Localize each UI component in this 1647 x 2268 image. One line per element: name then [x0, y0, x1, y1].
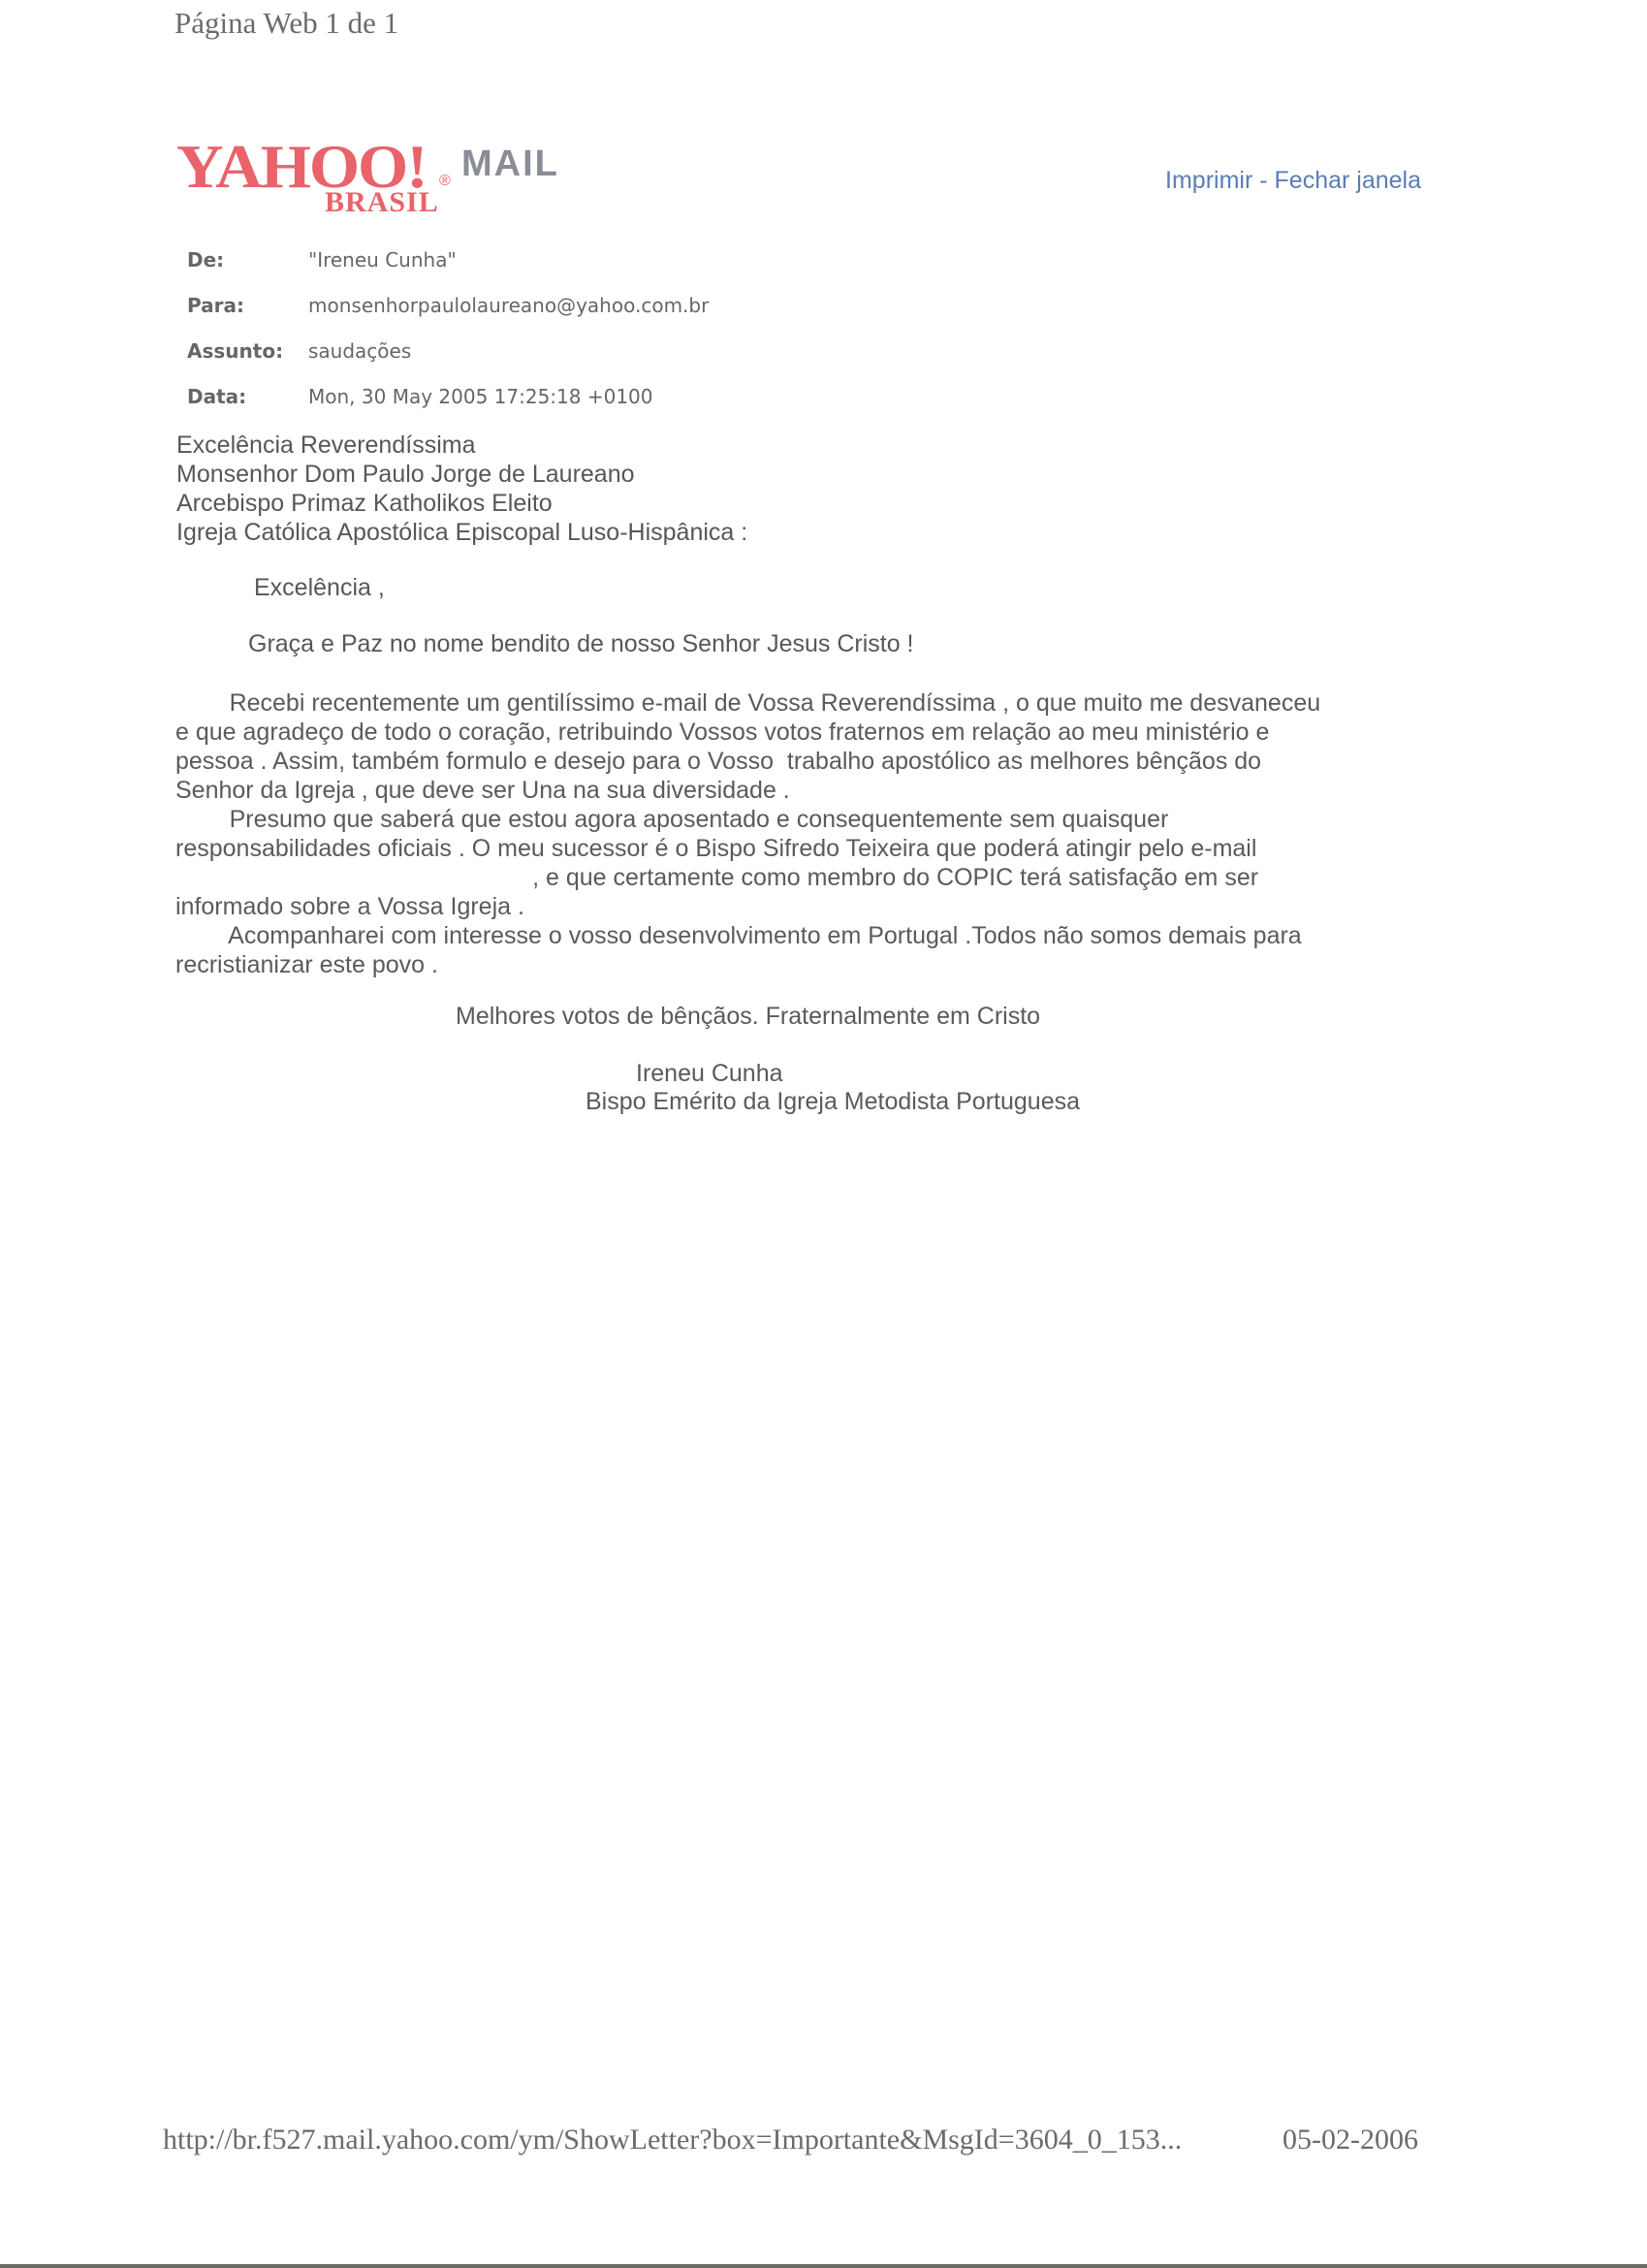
subject-row: Assunto: saudações: [187, 328, 709, 373]
subject-value: saudações: [308, 339, 411, 363]
to-label: Para:: [187, 294, 308, 317]
signature-name: Ireneu Cunha: [636, 1060, 783, 1088]
body-line: pessoa . Assim, também formulo e desejo …: [175, 747, 1436, 776]
to-value: monsenhorpaulolaureano@yahoo.com.br: [308, 294, 709, 317]
letter-body: Recebi recentemente um gentilíssimo e-ma…: [175, 688, 1436, 979]
print-footer-url: http://br.f527.mail.yahoo.com/ym/ShowLet…: [163, 2124, 1182, 2156]
letter-closing: Melhores votos de bênçãos. Fraternalment…: [456, 1003, 1040, 1031]
body-line: Recebi recentemente um gentilíssimo e-ma…: [175, 688, 1436, 718]
mail-wordmark: MAIL: [461, 144, 559, 185]
from-value: "Ireneu Cunha": [308, 248, 457, 272]
letter-greeting: Excelência ,: [254, 574, 385, 602]
print-link[interactable]: Imprimir: [1165, 167, 1252, 194]
signature-title: Bispo Emérito da Igreja Metodista Portug…: [586, 1088, 1080, 1116]
date-row: Data: Mon, 30 May 2005 17:25:18 +0100: [187, 373, 709, 419]
body-line: Senhor da Igreja , que deve ser Una na s…: [175, 776, 1436, 805]
body-line: , e que certamente como membro do COPIC …: [175, 863, 1436, 892]
salutation-line: Excelência Reverendíssima: [176, 431, 747, 460]
date-value: Mon, 30 May 2005 17:25:18 +0100: [308, 385, 653, 408]
body-line: e que agradeço de todo o coração, retrib…: [175, 718, 1436, 747]
salutation-line: Monsenhor Dom Paulo Jorge de Laureano: [176, 460, 747, 489]
body-line: recristianizar este povo .: [175, 950, 1436, 979]
registered-mark-icon: ®: [439, 173, 451, 190]
letter-blessing: Graça e Paz no nome bendito de nosso Sen…: [248, 630, 914, 658]
actions-separator: -: [1252, 167, 1274, 194]
body-line: Presumo que saberá que estou agora apose…: [175, 805, 1436, 834]
date-label: Data:: [187, 385, 308, 408]
letter-salutation: Excelência Reverendíssima Monsenhor Dom …: [176, 431, 747, 547]
subject-label: Assunto:: [187, 339, 308, 363]
body-line: responsabilidades oficiais . O meu suces…: [175, 834, 1436, 863]
print-page-header: Página Web 1 de 1: [174, 6, 398, 41]
yahoo-mail-logo: YAHOO! ® BRASIL MAIL: [174, 136, 582, 223]
salutation-line: Igreja Católica Apostólica Episcopal Lus…: [176, 518, 747, 547]
from-row: De: "Ireneu Cunha": [187, 237, 709, 282]
scan-edge-divider: [0, 2264, 1647, 2268]
to-row: Para: monsenhorpaulolaureano@yahoo.com.b…: [187, 282, 709, 328]
brasil-wordmark: BRASIL: [325, 186, 439, 219]
print-footer-date: 05-02-2006: [1283, 2124, 1418, 2156]
email-headers: De: "Ireneu Cunha" Para: monsenhorpaulol…: [187, 237, 709, 419]
from-label: De:: [187, 248, 308, 272]
salutation-line: Arcebispo Primaz Katholikos Eleito: [176, 489, 747, 518]
body-line: informado sobre a Vossa Igreja .: [175, 892, 1436, 921]
body-line: Acompanharei com interesse o vosso desen…: [175, 921, 1436, 950]
window-actions: Imprimir - Fechar janela: [1165, 167, 1421, 195]
close-window-link[interactable]: Fechar janela: [1275, 167, 1421, 194]
